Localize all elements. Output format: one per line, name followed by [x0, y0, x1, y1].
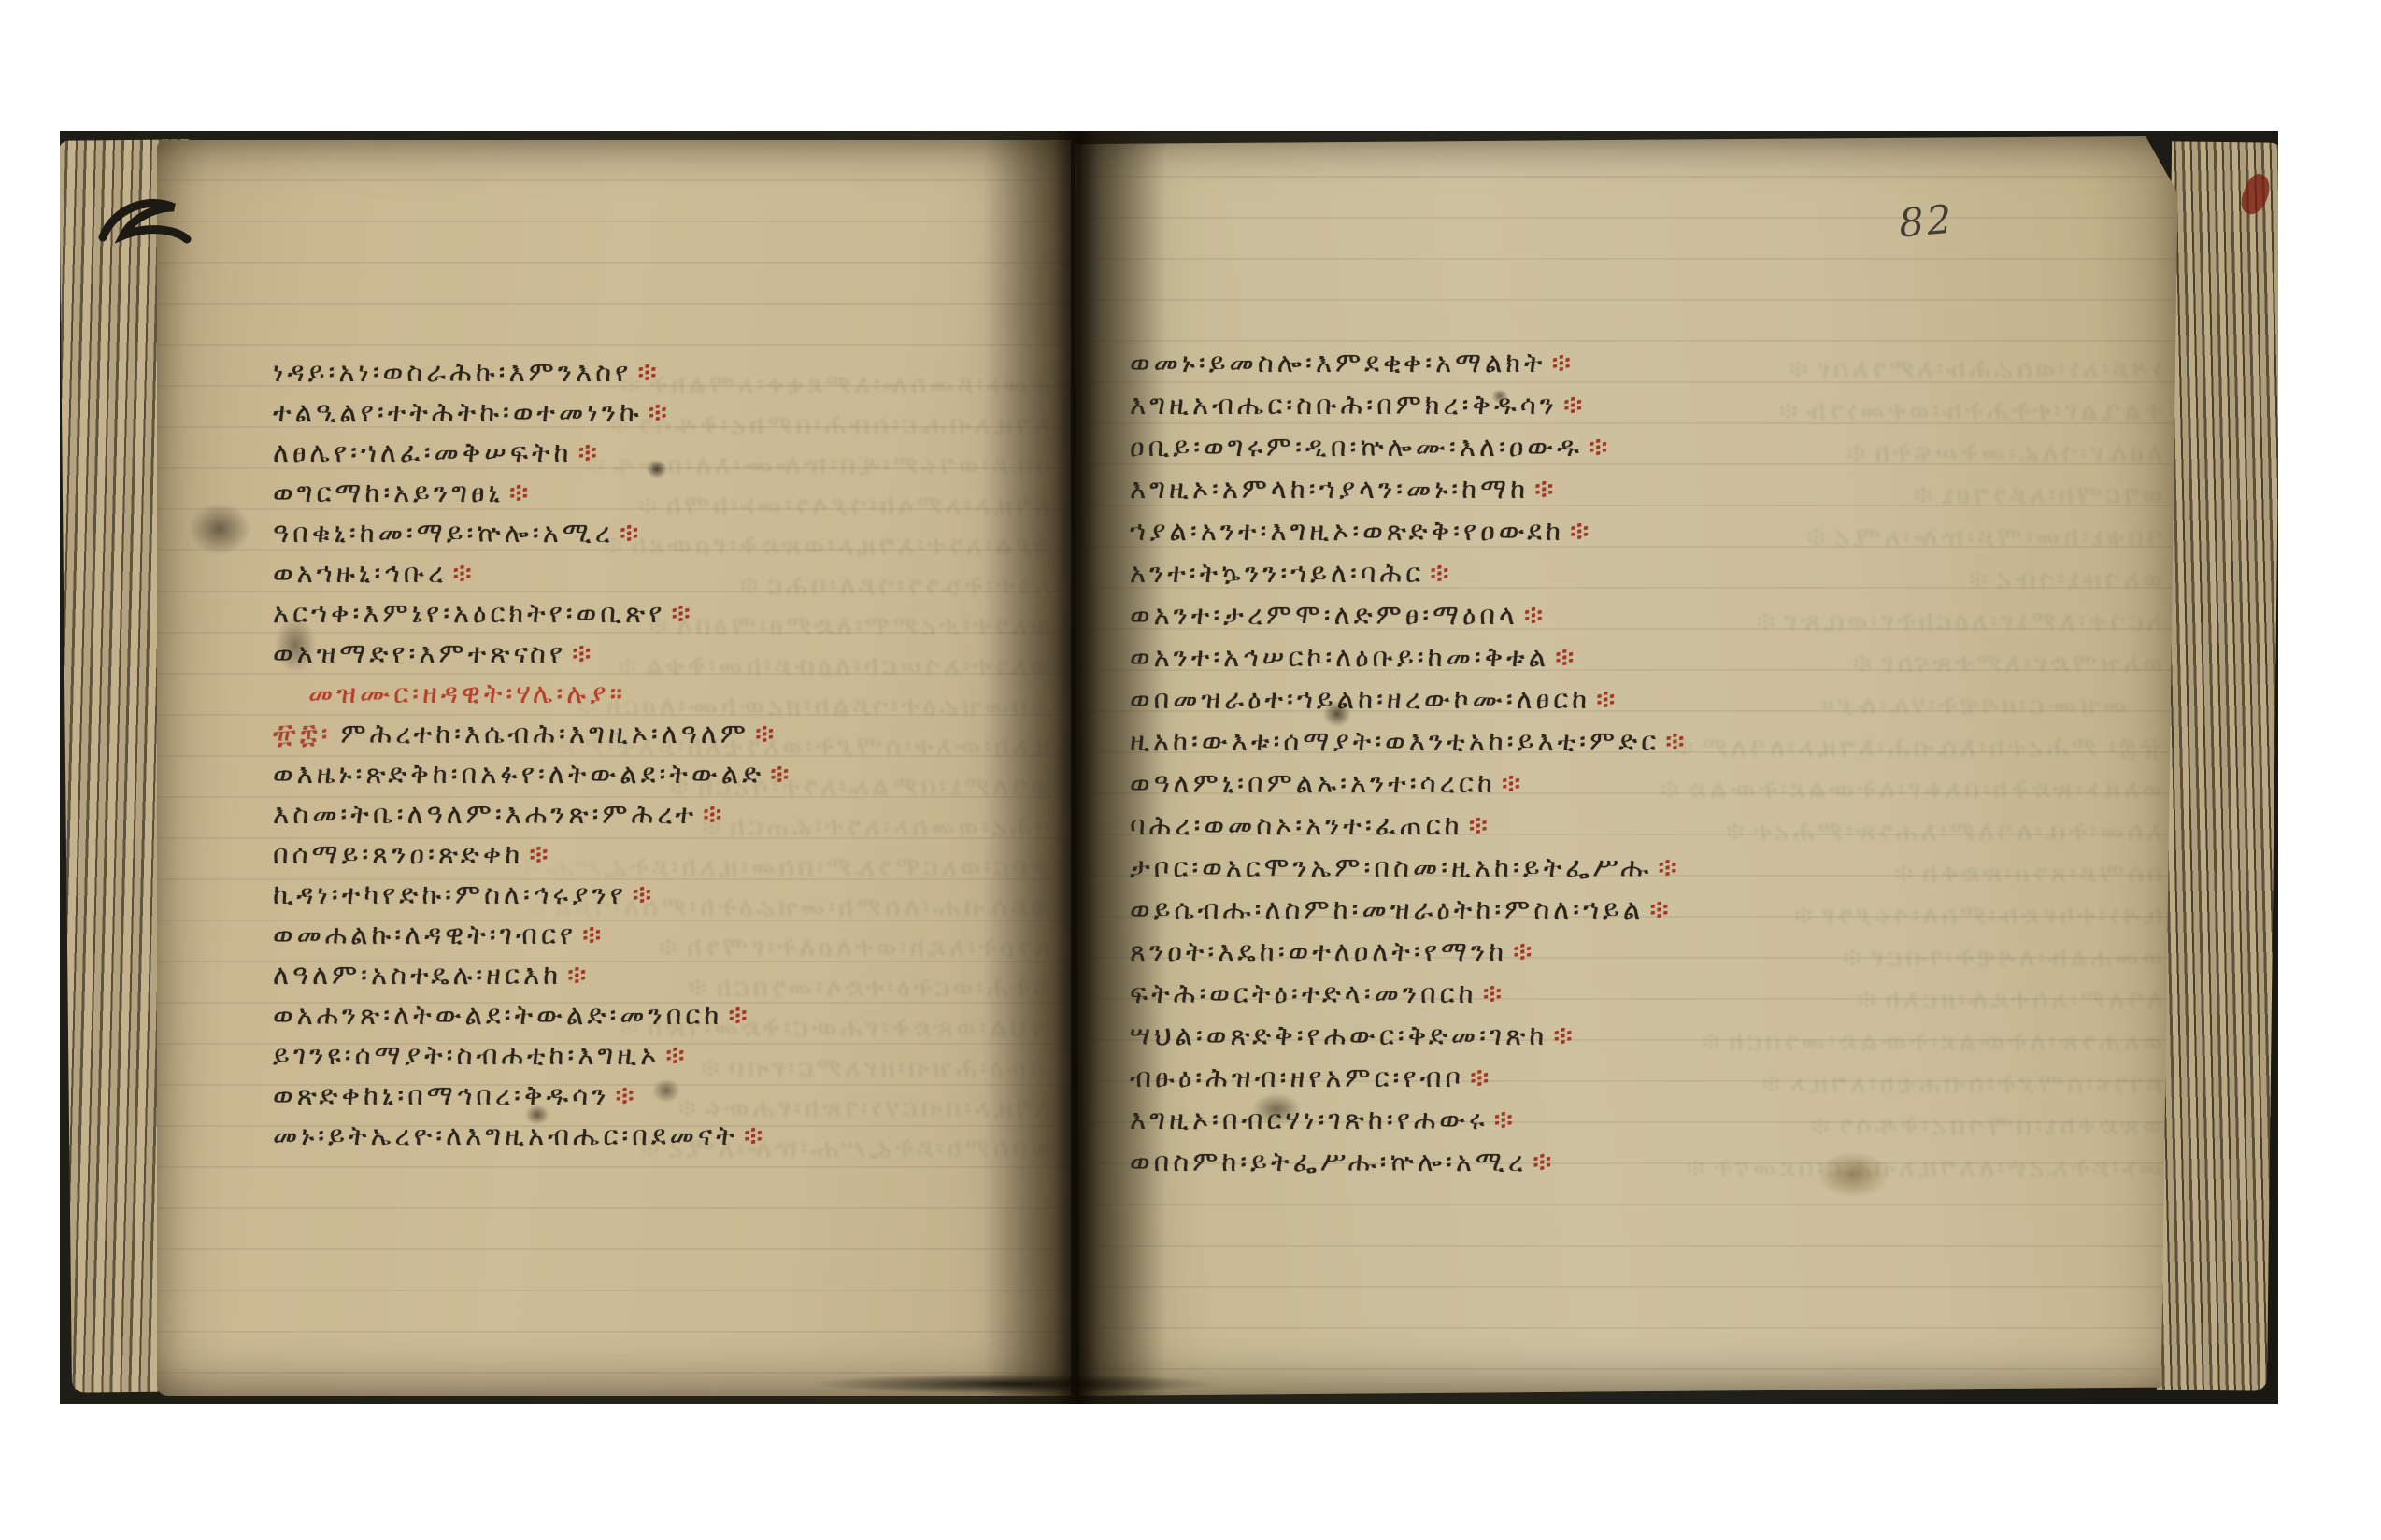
verse-separator-mark: ፨ [567, 959, 590, 991]
verse-separator-mark: ፨ [1589, 431, 1611, 463]
rubric-line: መዝሙር፡ዘዳዊት፡ሃሌ፡ሉያ። [273, 674, 793, 714]
verse-separator-mark: ፨ [1649, 893, 1672, 925]
text-line: ወበመዝራዕተ፡ኀይልከ፡ዘረውኮሙ፡ለፀርከ፨ [1130, 678, 1689, 720]
text-line: ወአሐንጽ፡ለትውልደ፡ትውልድ፡መንበርከ፨ [273, 995, 793, 1035]
ink-scribble [77, 179, 282, 264]
text-line: ወጽድቀከኒ፡በማኅበረ፡ቅዱሳን፨ [273, 1076, 793, 1116]
right-page-text-column: ወመኑ፡ይመስሎ፡እምደቂቀ፡አማልክት፨እግዚአብሔር፡ስቡሕ፡በምክረ፡ቅዱ… [1130, 342, 1689, 1183]
verse-separator-mark: ፨ [1552, 347, 1575, 378]
verse-separator-mark: ፨ [1533, 1146, 1555, 1177]
verse-separator-mark: ፨ [744, 1119, 766, 1151]
verse-separator-mark: ፨ [755, 718, 777, 749]
text-line: ፹፰፡ምሕረተከ፡እሴብሕ፡እግዚኦ፡ለዓለም፨ [273, 714, 793, 754]
text-line: ጸንዐት፡እዴከ፡ወተለዐለት፡የማንከ፨ [1130, 931, 1689, 973]
verse-separator-mark: ፨ [452, 557, 475, 589]
text-line: ተልዒልየ፡ተትሕትኩ፡ወተመነንኩ፨ [273, 392, 793, 433]
verse-separator-mark: ፨ [620, 517, 642, 549]
verse-separator-mark: ፨ [1553, 1020, 1575, 1051]
verse-separator-mark: ፨ [1563, 389, 1586, 421]
text-line: ፍትሕ፡ወርትዕ፡ተድላ፡መንበርከ፨ [1130, 973, 1689, 1015]
left-page-text-column: ነዳይ፡አነ፡ወስራሕኩ፡እምንእስየ፨ተልዒልየ፡ተትሕትኩ፡ወተመነንኩ፨ለ… [273, 352, 793, 1156]
verse-separator-mark: ፨ [1658, 851, 1680, 883]
text-line: ብፁዕ፡ሕዝብ፡ዘየአምር፡የብቦ፨ [1130, 1057, 1689, 1099]
verse-separator-mark: ፨ [1513, 935, 1535, 967]
text-line: አንተ፡ትኴንን፡ኀይለ፡ባሕር፨ [1130, 552, 1689, 594]
text-line: ወይሴብሑ፡ለስምከ፡መዝራዕትከ፡ምስለ፡ኀይል፨ [1130, 889, 1689, 931]
verse-separator-mark: ፨ [728, 999, 750, 1031]
text-line: ወአዝማድየ፡እምተጽናስየ፨ [273, 634, 793, 674]
text-line: አርኀቀ፡እምኔየ፡አዕርክትየ፡ወቢጽየ፨ [273, 593, 793, 634]
verse-separator-mark: ፨ [578, 436, 601, 468]
verse-separator-mark: ፨ [637, 356, 660, 388]
text-line: ኀያል፡አንተ፡እግዚኦ፡ወጽድቅ፡የዐውደከ፨ [1130, 510, 1689, 552]
scan-canvas: ወመኑ፡ይመስሎ፡እምደቂቀ፡አማልክት፨እግዚአብሔር፡ስቡሕ፡በምክረ፡ቅዱ… [0, 0, 2381, 1540]
verse-separator-mark: ፨ [770, 758, 792, 790]
psalm-number-rubric: ፹፰፡ [273, 718, 331, 749]
text-line: መኑ፡ይትኤረዮ፡ለእግዚአብሔር፡በደመናት፨ [273, 1116, 793, 1156]
verse-separator-mark: ፨ [529, 838, 551, 870]
verse-separator-mark: ፨ [665, 1039, 688, 1071]
verse-separator-mark: ፨ [1494, 1104, 1517, 1135]
text-line: ኪዳነ፡ተካየድኩ፡ምስለ፡ኅሩያንየ፨ [273, 875, 793, 915]
verse-separator-mark: ፨ [572, 637, 594, 669]
text-line: ወመሐልኩ፡ለዳዊት፡ገብርየ፨ [273, 915, 793, 955]
verse-separator-mark: ፨ [1665, 725, 1688, 757]
text-line: ለዓለም፡አስተዴሉ፡ዘርእከ፨ [273, 955, 793, 995]
text-line: በሰማይ፡ጸንዐ፡ጽድቀከ፨ [273, 834, 793, 875]
text-line: ወበስምከ፡ይትፌሥሑ፡ኵሎ፡አሚረ፨ [1130, 1141, 1689, 1183]
text-line: ለፀሌየ፡ኀለፈ፡መቅሠፍትከ፨ [273, 433, 793, 473]
verse-separator-mark: ፨ [1534, 473, 1557, 505]
text-line: እስመ፡ትቤ፡ለዓለም፡እሐንጽ፡ምሕረተ፨ [273, 794, 793, 834]
verse-separator-mark: ፨ [1470, 1062, 1492, 1093]
text-line: ወመኑ፡ይመስሎ፡እምደቂቀ፡አማልክት፨ [1130, 342, 1689, 384]
text-line: ወእዜኑ፡ጽድቅከ፡በአፉየ፡ለትውልደ፡ትውልድ፨ [273, 754, 793, 794]
verse-separator-mark: ፨ [509, 477, 532, 508]
text-line: ባሕረ፡ወመስኦ፡አንተ፡ፈጠርከ፨ [1130, 805, 1689, 847]
verse-separator-mark: ፨ [1555, 641, 1577, 673]
text-line: ዐቢይ፡ወግሩም፡ዲበ፡ኵሎሙ፡እለ፡ዐውዱ፨ [1130, 426, 1689, 468]
text-line: ወአንተ፡ታረምሞ፡ለድምፀ፡ማዕበላ፨ [1130, 594, 1689, 636]
verse-separator-mark: ፨ [582, 919, 605, 950]
text-line: ታቦር፡ወአርሞንኤም፡በስመ፡ዚአከ፡ይትፌሥሑ፨ [1130, 847, 1689, 889]
text-line: እግዚኦ፡አምላከ፡ኀያላን፡መኑ፡ከማከ፨ [1130, 468, 1689, 510]
text-line: እግዚኦ፡በብርሃነ፡ገጽከ፡የሐውሩ፨ [1130, 1099, 1689, 1141]
text-line: ወአንተ፡አኅሠርኮ፡ለዕቡይ፡ከመ፡ቅቱል፨ [1130, 636, 1689, 678]
text-line: ወግርማከ፡አይንግፀኒ፨ [273, 473, 793, 513]
verse-separator-mark: ፨ [1596, 683, 1618, 715]
verse-separator-mark: ፨ [1483, 977, 1505, 1009]
text-line: ዓበቁኒ፡ከመ፡ማይ፡ኵሎ፡አሚረ፨ [273, 513, 793, 553]
text-line: እግዚአብሔር፡ስቡሕ፡በምክረ፡ቅዱሳን፨ [1130, 384, 1689, 426]
verse-separator-mark: ፨ [1469, 809, 1491, 841]
text-line: ወዓለምኒ፡በምልኡ፡አንተ፡ሳረርከ፨ [1130, 763, 1689, 805]
text-line: ዚአከ፡ውእቱ፡ሰማያት፡ወእንቲአከ፡ይእቲ፡ምድር፨ [1130, 720, 1689, 763]
verse-separator-mark: ፨ [649, 396, 671, 428]
text-line: ወአኀዙኒ፡ኅቡረ፨ [273, 553, 793, 593]
text-line: ሣህል፡ወጽድቅ፡የሐውር፡ቅድመ፡ገጽከ፨ [1130, 1015, 1689, 1057]
text-line: ነዳይ፡አነ፡ወስራሕኩ፡እምንእስየ፨ [273, 352, 793, 392]
verse-separator-mark: ፨ [633, 878, 655, 910]
verse-separator-mark: ፨ [703, 798, 725, 830]
verse-separator-mark: ፨ [1502, 767, 1524, 799]
verse-separator-mark: ፨ [671, 597, 693, 629]
text-line: ይገንዩ፡ሰማያት፡ስብሐቲከ፡እግዚኦ፨ [273, 1035, 793, 1076]
verse-separator-mark: ፨ [615, 1079, 637, 1111]
verse-separator-mark: ፨ [1430, 557, 1452, 589]
verse-separator-mark: ፨ [1524, 599, 1547, 631]
manuscript-photo: ወመኑ፡ይመስሎ፡እምደቂቀ፡አማልክት፨እግዚአብሔር፡ስቡሕ፡በምክረ፡ቅዱ… [60, 131, 2278, 1404]
folio-number: 82 [1897, 196, 1956, 247]
verse-separator-mark: ፨ [1570, 515, 1592, 547]
